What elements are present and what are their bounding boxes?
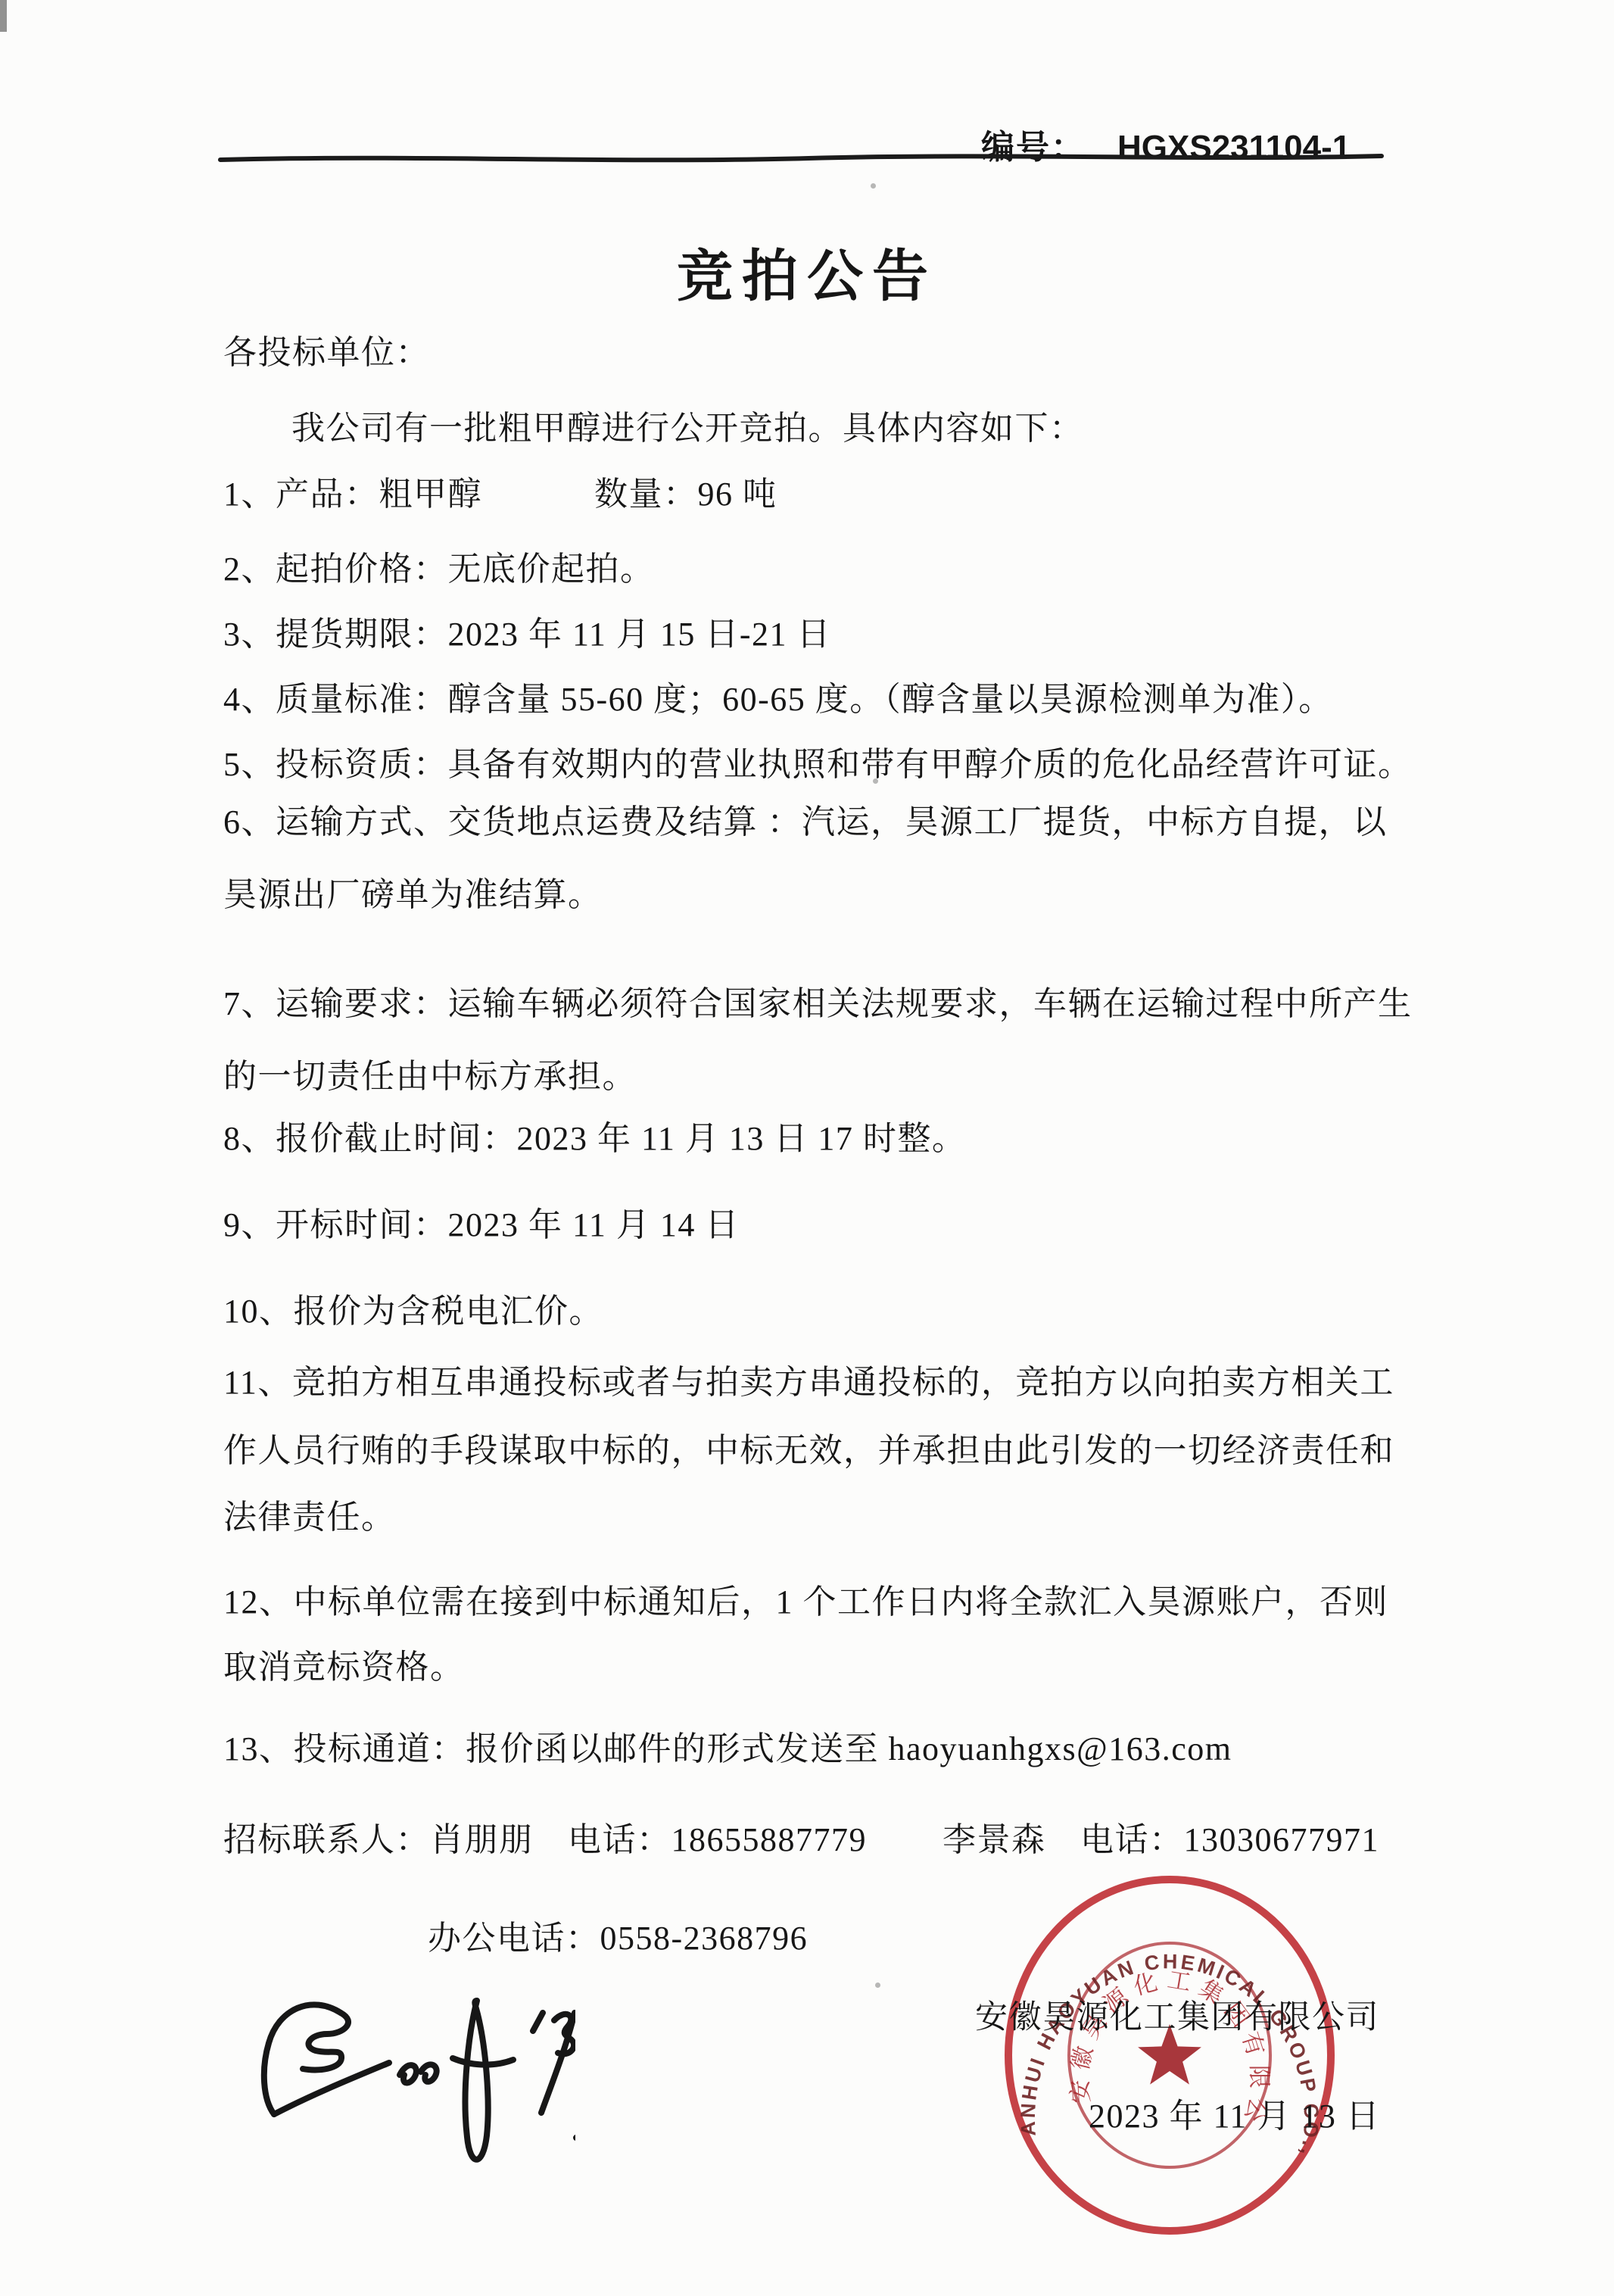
- office-phone: 办公电话：0558-2368796: [428, 1919, 808, 1958]
- item13: 13、投标通道：报价函以邮件的形式发送至 haoyuanhgxs@163.com: [223, 1730, 1232, 1769]
- item3: 3、提货期限：2023 年 11 月 15 日-21 日: [223, 615, 831, 654]
- item11-line2: 作人员行贿的手段谋取中标的，中标无效，并承担由此引发的一切经济责任和: [223, 1431, 1394, 1471]
- intro-line: 我公司有一批粗甲醇进行公开竞拍。具体内容如下：: [291, 409, 1084, 448]
- scan-corner-artifact: [0, 0, 7, 32]
- item6-line1: 6、运输方式、交货地点运费及结算 ：汽运，昊源工厂提货，中标方自提，以: [223, 803, 1388, 842]
- contact-right: 李景森 电话：13030677971: [943, 1820, 1379, 1860]
- item1-quantity: 数量：96 吨: [594, 475, 777, 514]
- signoff-company: 安徽昊源化工集团有限公司: [975, 1998, 1379, 2038]
- item8: 8、报价截止时间：2023 年 11 月 13 日 17 时整。: [223, 1119, 966, 1159]
- signature-strokes: [264, 2001, 575, 2160]
- company-seal: ANHUI HAOYUAN CHEMICAL GROUP CO., LTD. 安…: [984, 1857, 1355, 2266]
- salutation: 各投标单位：: [223, 333, 430, 373]
- item7-line1: 7、运输要求：运输车辆必须符合国家相关法规要求，车辆在运输过程中所产生: [223, 984, 1413, 1024]
- item2: 2、起拍价格：无底价起拍。: [223, 550, 655, 589]
- item12-line2: 取消竞标资格。: [223, 1648, 465, 1687]
- item9: 9、开标时间：2023 年 11 月 14 日: [223, 1206, 740, 1245]
- scanned-document-page: 编号：HGXS231104-1 竞拍公告 各投标单位： 我公司有一批粗甲醇进行公…: [0, 0, 1614, 2296]
- header-rule: [218, 150, 1384, 167]
- handwritten-signature: [227, 1984, 575, 2234]
- item6-line2: 昊源出厂磅单为准结算。: [223, 875, 603, 915]
- signoff-date: 2023 年 11 月 13 日: [1089, 2097, 1380, 2136]
- item5: 5、投标资质：具备有效期内的营业执照和带有甲醇介质的危化品经营许可证。: [223, 745, 1413, 785]
- item11-line3: 法律责任。: [223, 1498, 396, 1537]
- item4: 4、质量标准：醇含量 55-60 度；60-65 度。（醇含量以昊源检测单为准）…: [223, 680, 1333, 719]
- item11-line1: 11、竞拍方相互串通投标或者与拍卖方串通投标的，竞拍方以向拍卖方相关工: [223, 1363, 1394, 1402]
- contact-left: 招标联系人：肖朋朋 电话：18655887779: [223, 1820, 867, 1860]
- item1-product: 1、产品：粗甲醇: [223, 475, 482, 514]
- scan-speck: [871, 183, 876, 189]
- item10: 10、报价为含税电汇价。: [223, 1292, 603, 1331]
- scan-speck: [875, 1982, 880, 1988]
- item7-line2: 的一切责任由中标方承担。: [223, 1057, 637, 1097]
- page-title: 竞拍公告: [0, 232, 1614, 312]
- header-rule-stroke: [220, 156, 1382, 160]
- item12-line1: 12、中标单位需在接到中标通知后，1 个工作日内将全款汇入昊源账户，否则: [223, 1583, 1388, 1622]
